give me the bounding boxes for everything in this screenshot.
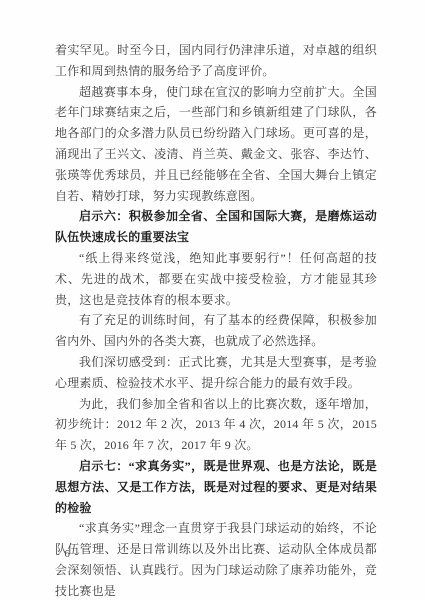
paragraph: 着实罕见。时至今日，国内同行仍津津乐道，对卓越的组织工作和周到热情的服务给予了高…	[55, 40, 377, 82]
paragraph: 为此，我们参加全省和省以上的比赛次数，逐年增加，初步统计：2012 年 2 次，…	[55, 394, 377, 456]
section-heading: 启示六：积极参加全省、全国和国际大赛，是磨炼运动队伍快速成长的重要法宝	[55, 206, 377, 248]
section-heading: 启示七：“求真务实”，既是世界观、也是方法论，既是思想方法、又是工作方法，既是对…	[55, 456, 377, 518]
paragraph: 有了充足的训练时间，有了基本的经费保障，积极参加省内外、国内外的各类大赛，也就成…	[55, 310, 377, 352]
paragraph: “纸上得来终觉浅，绝知此事要躬行”！任何高超的技术、先进的战术，都要在实战中接受…	[55, 248, 377, 310]
paragraph: 超越赛事本身，使门球在宣汉的影响力空前扩大。全国老年门球赛结束之后，一些部门和乡…	[55, 82, 377, 207]
document-body: 着实罕见。时至今日，国内同行仍津津乐道，对卓越的组织工作和周到热情的服务给予了高…	[55, 40, 377, 600]
paragraph: 我们深切感受到：正式比赛，尤其是大型赛事，是考验心理素质、检验技术水平、提升综合…	[55, 352, 377, 394]
document-page: 着实罕见。时至今日，国内同行仍津津乐道，对卓越的组织工作和周到热情的服务给予了高…	[0, 0, 425, 600]
paragraph: “求真务实”理念一直贯穿于我县门球运动的始终，不论队伍管理、还是日常训练以及外出…	[55, 518, 377, 600]
page-number: - 6 -	[56, 548, 79, 560]
